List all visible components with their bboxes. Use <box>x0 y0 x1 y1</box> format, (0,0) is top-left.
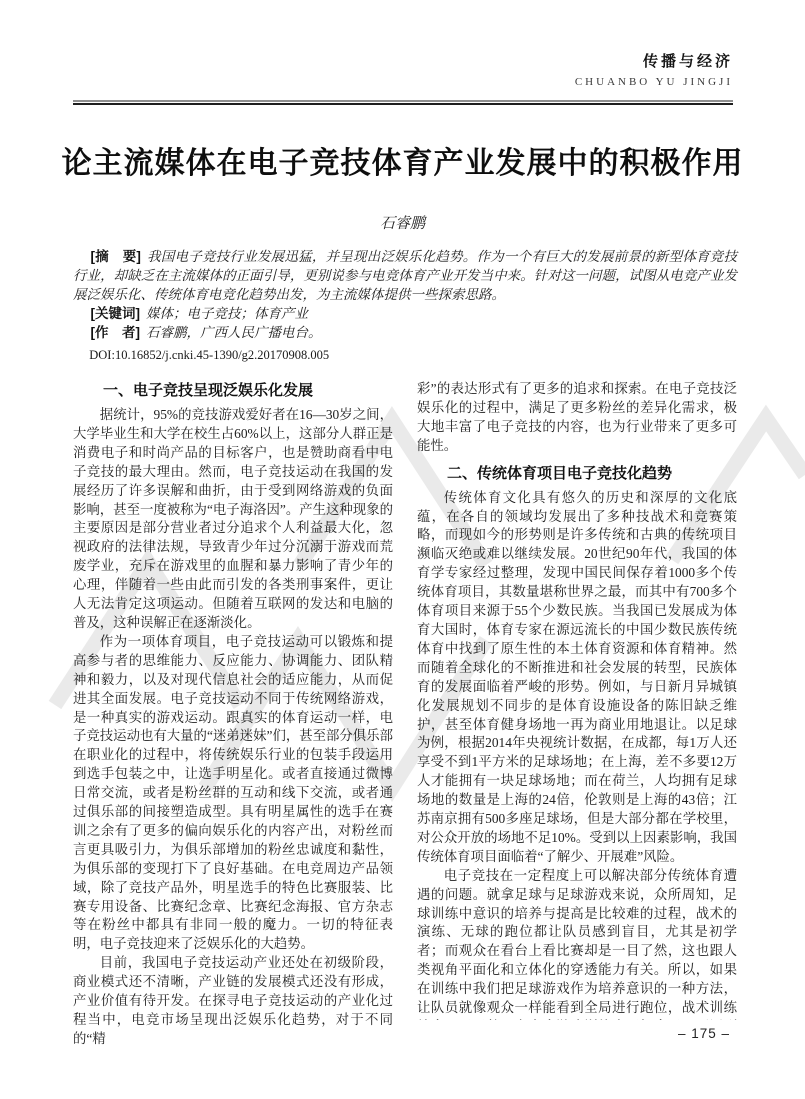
paragraph: 传统体育文化具有悠久的历史和深厚的文化底蕴，在各自的领域均发展出了多种技战术和竞… <box>417 489 737 867</box>
author-affiliation: 石睿鹏，广西人民广播电台。 <box>146 325 322 340</box>
doi: DOI:10.16852/j.cnki.45-1390/g2.20170908.… <box>73 346 737 365</box>
paragraph: 电子竞技在一定程度上可以解决部分传统体育遭遇的问题。就拿足球与足球游戏来说，众所… <box>417 867 737 1020</box>
abstract-line: [摘 要]我国电子竞技行业发展迅猛，并呈现出泛娱乐化趋势。作为一个有巨大的发展前… <box>73 247 737 304</box>
keywords-text: 媒体；电子竞技；体育产业 <box>146 306 308 321</box>
journal-masthead: 传播与经济 CHUANBO YU JINGJI <box>575 50 733 88</box>
front-matter: [摘 要]我国电子竞技行业发展迅猛，并呈现出泛娱乐化趋势。作为一个有巨大的发展前… <box>73 247 737 365</box>
column-left: 一、电子竞技呈现泛娱乐化发展 据统计，95%的竞技游戏爱好者在16—30岁之间，… <box>73 380 393 1048</box>
journal-page: 传播与经济 CHUANBO YU JINGJI 论主流媒体在电子竞技体育产业发展… <box>0 0 805 1099</box>
paragraph: 目前，我国电子竞技运动产业还处在初级阶段，商业模式还不清晰，产业链的发展模式还没… <box>73 954 393 1048</box>
article-title: 论主流媒体在电子竞技体育产业发展中的积极作用 <box>40 138 765 182</box>
journal-name-chinese: 传播与经济 <box>575 50 733 71</box>
section-heading-2: 二、传统体育项目电子竞技化趋势 <box>417 463 737 484</box>
paragraph-continuation: 彩”的表达形式有了更多的追求和探索。在电子竞技泛娱乐化的过程中，满足了更多粉丝的… <box>417 380 737 456</box>
column-right: 彩”的表达形式有了更多的追求和探索。在电子竞技泛娱乐化的过程中，满足了更多粉丝的… <box>417 380 737 1020</box>
keywords-label: [关键词] <box>91 306 141 321</box>
header-rule <box>73 100 733 105</box>
abstract-label: [摘 要] <box>91 249 141 264</box>
paragraph: 作为一项体育项目，电子竞技运动可以锻炼和提高参与者的思维能力、反应能力、协调能力… <box>73 633 393 954</box>
section-heading-1: 一、电子竞技呈现泛娱乐化发展 <box>73 380 393 401</box>
author-line: [作 者]石睿鹏，广西人民广播电台。 <box>73 323 737 342</box>
paragraph: 据统计，95%的竞技游戏爱好者在16—30岁之间，大学毕业生和大学在校生占60%… <box>73 406 393 633</box>
abstract-text: 我国电子竞技行业发展迅猛，并呈现出泛娱乐化趋势。作为一个有巨大的发展前景的新型体… <box>73 249 737 302</box>
page-number: – 175 – <box>678 1026 730 1041</box>
author-label: [作 者] <box>91 325 141 340</box>
article-author: 石睿鹏 <box>0 212 805 233</box>
journal-name-pinyin: CHUANBO YU JINGJI <box>575 76 733 88</box>
keywords-line: [关键词]媒体；电子竞技；体育产业 <box>73 304 737 323</box>
